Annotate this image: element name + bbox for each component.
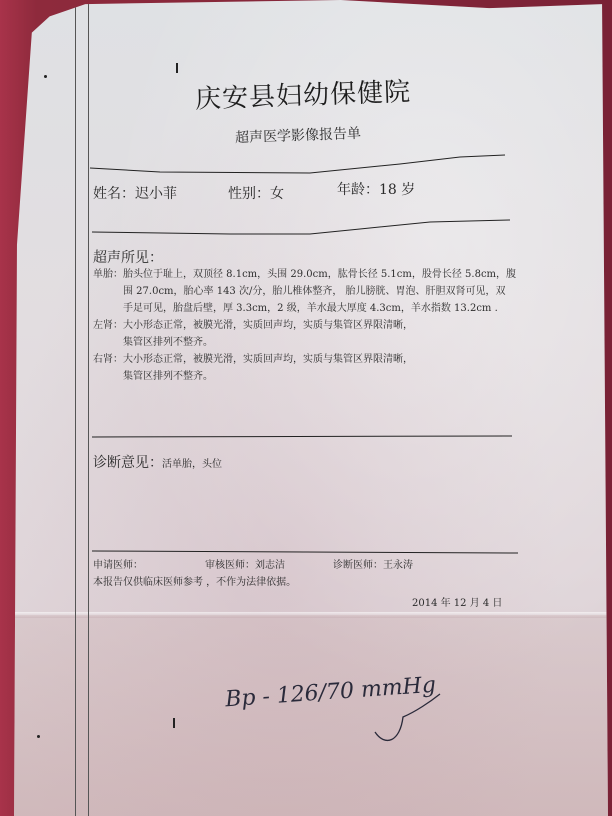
requesting-physician-label: 申请医师： [93,560,143,571]
findings-line: 集管区排列不整齐。 [123,334,213,351]
findings-text: 手足可见，胎盘后壁，厚 3.3cm，2 级，羊水最大厚度 4.3cm，羊水指数 … [123,303,498,314]
patient-name-value: 迟小菲 [135,186,177,202]
findings-line: 左肾：大小形态正常，被膜光滑，实质回声均，实质与集管区界限清晰， [93,317,413,334]
diagnosing-physician-value: 王永涛 [383,560,413,571]
patient-sex-field: 性别：女 [228,183,284,203]
findings-line: 围 27.0cm，胎心率 143 次/分，胎儿椎体整齐， 胎儿膀胱、胃泡、肝胆双… [123,283,506,300]
patient-name-label: 姓名： [93,186,135,202]
diagnosing-physician-label: 诊断医师： [333,560,383,571]
patient-sex-value: 女 [270,186,284,202]
findings-line: 集管区排列不整齐。 [123,368,213,385]
findings-text: 集管区排列不整齐。 [123,371,213,382]
requesting-physician-field: 申请医师： [93,556,143,571]
findings-text: 集管区排列不整齐。 [123,337,213,348]
patient-age-value: 18 岁 [379,182,415,198]
findings-prefix: 单胎： [93,269,123,280]
diagnosis-value: 活单胎，头位 [162,455,222,470]
reviewing-physician-label: 审核医师： [205,560,255,571]
findings-text: 胎头位于耻上，双顶径 8.1cm，头围 29.0cm，肱骨长径 5.1cm，股骨… [123,269,516,280]
findings-label: 超声所见： [93,247,163,267]
handwriting-flourish-icon [225,672,455,752]
patient-age-label: 年龄： [337,182,379,198]
patient-sex-label: 性别： [228,186,270,202]
findings-line: 右肾：大小形态正常，被膜光滑，实质回声均，实质与集管区界限清晰， [93,351,413,368]
findings-text: 围 27.0cm，胎心率 143 次/分，胎儿椎体整齐， 胎儿膀胱、胃泡、肝胆双… [123,286,506,297]
reviewing-physician-field: 审核医师：刘志洁 [205,556,285,571]
reviewing-physician-value: 刘志洁 [255,560,285,571]
findings-text: 大小形态正常，被膜光滑，实质回声均，实质与集管区界限清晰， [123,320,413,331]
handwritten-note: Bp - 126/70 mmHg [225,672,455,752]
disclaimer-text: 本报告仅供临床医师参考 ，不作为法律依据。 [93,573,296,588]
patient-age-field: 年龄：18 岁 [337,179,415,199]
findings-line: 手足可见，胎盘后壁，厚 3.3cm，2 级，羊水最大厚度 4.3cm，羊水指数 … [123,300,498,317]
findings-line: 单胎：胎头位于耻上，双顶径 8.1cm，头围 29.0cm，肱骨长径 5.1cm… [93,266,516,283]
patient-name-field: 姓名：迟小菲 [93,183,177,203]
findings-text: 大小形态正常，被膜光滑，实质回声均，实质与集管区界限清晰， [123,354,413,365]
diagnosing-physician-field: 诊断医师：王永涛 [333,556,413,571]
diagnosis-label: 诊断意见： [93,452,163,472]
findings-prefix: 左肾： [93,320,123,331]
findings-prefix: 右肾： [93,354,123,365]
report-date: 2014 年 12 月 4 日 [412,594,502,609]
